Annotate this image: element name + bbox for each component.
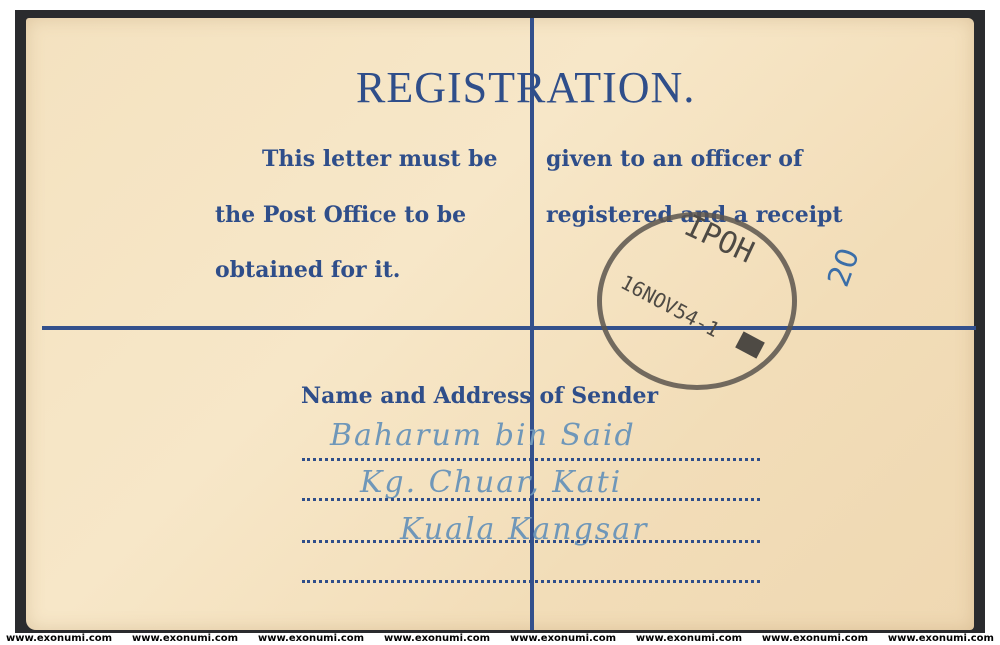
sender-heading: Name and Address of Sender [301, 383, 658, 409]
address-line-1 [302, 458, 760, 461]
watermark-text: www.exonumi.com [888, 633, 994, 645]
instruction-line-1a: This letter must be [262, 146, 498, 172]
watermark-text: www.exonumi.com [762, 633, 868, 645]
instruction-line-1b: given to an officer of [546, 146, 802, 172]
instruction-line-2a: the Post Office to be [215, 202, 466, 228]
address-line-3 [302, 540, 760, 543]
watermark-text: www.exonumi.com [384, 633, 490, 645]
watermark-text: www.exonumi.com [132, 633, 238, 645]
sender-address-1: Kg. Chuar, Kati [360, 465, 622, 500]
watermark-text: www.exonumi.com [510, 633, 616, 645]
horizontal-rule [42, 326, 976, 330]
watermark-footer: www.exonumi.com www.exonumi.com www.exon… [0, 633, 1000, 645]
watermark-text: www.exonumi.com [258, 633, 364, 645]
watermark-text: www.exonumi.com [6, 633, 112, 645]
watermark-text: www.exonumi.com [636, 633, 742, 645]
address-line-4 [302, 580, 760, 583]
sender-name: Baharum bin Said [330, 418, 636, 453]
instruction-line-3: obtained for it. [215, 257, 400, 283]
registration-title: REGISTRATION. [356, 62, 695, 113]
address-line-2 [302, 498, 760, 501]
